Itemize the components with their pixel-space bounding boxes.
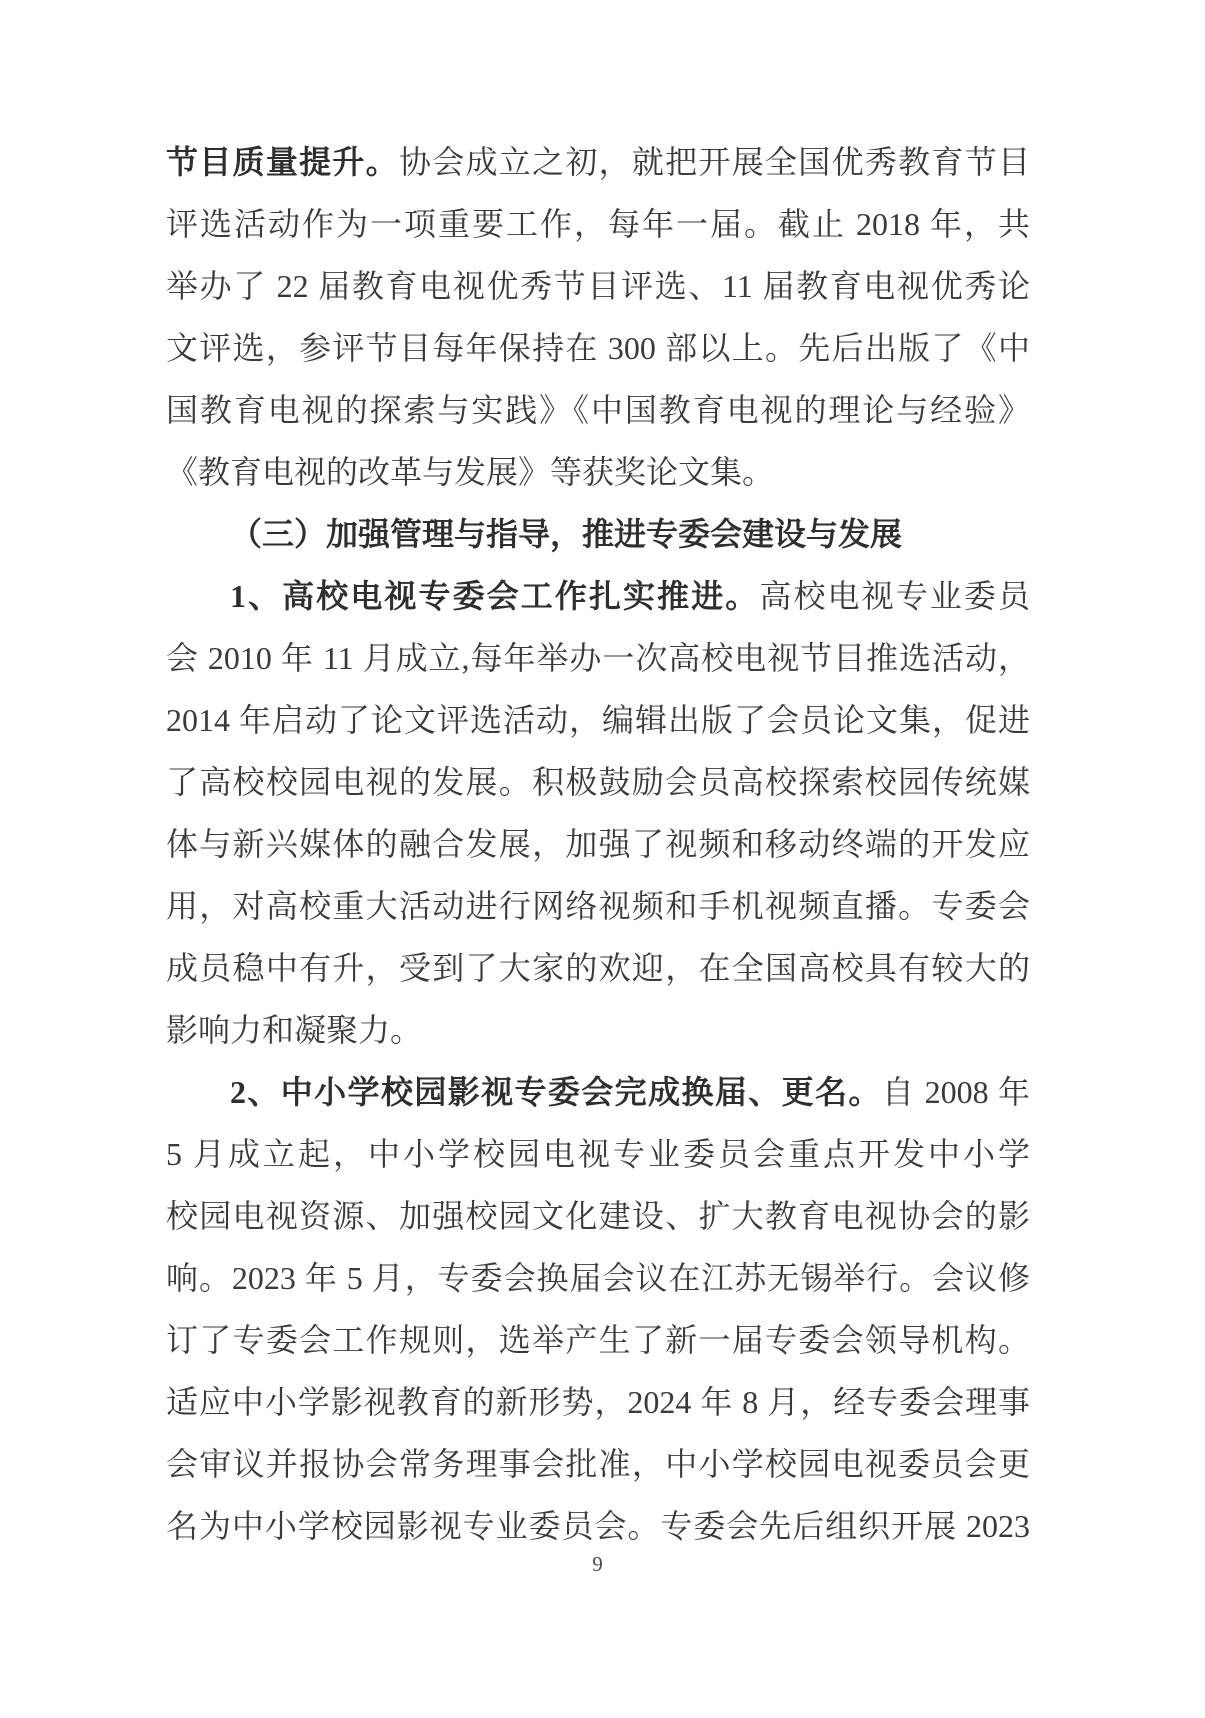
text-segment: 校园电视资源、加强校园文化建设、扩大教育电视协会的影 bbox=[166, 1198, 1030, 1234]
text-line: 评选活动作为一项重要工作，每年一届。截止 2018 年，共 bbox=[166, 193, 1030, 255]
text-line: 体与新兴媒体的融合发展，加强了视频和移动终端的开发应 bbox=[166, 813, 1030, 875]
text-line: 成员稳中有升，受到了大家的欢迎，在全国高校具有较大的 bbox=[166, 937, 1030, 999]
text-segment: 响。2023 年 5 月，专委会换届会议在江苏无锡举行。会议修 bbox=[166, 1260, 1030, 1296]
text-segment: 名为中小学校园影视专业委员会。专委会先后组织开展 2023 bbox=[166, 1508, 1030, 1544]
text-segment-bold: 1、高校电视专委会工作扎实推进。 bbox=[230, 578, 759, 614]
page-footer: 9 bbox=[166, 1552, 1030, 1577]
text-segment: 适应中小学影视教育的新形势，2024 年 8 月，经专委会理事 bbox=[166, 1384, 1030, 1420]
text-line: 2014 年启动了论文评选活动，编辑出版了会员论文集，促进 bbox=[166, 689, 1030, 751]
text-segment: 会审议并报协会常务理事会批准，中小学校园电视委员会更 bbox=[166, 1446, 1030, 1482]
text-segment: 会 2010 年 11 月成立,每年举办一次高校电视节目推选活动， bbox=[166, 640, 1030, 676]
text-line: 校园电视资源、加强校园文化建设、扩大教育电视协会的影 bbox=[166, 1185, 1030, 1247]
text-segment: 用，对高校重大活动进行网络视频和手机视频直播。专委会 bbox=[166, 888, 1030, 924]
text-segment: 评选活动作为一项重要工作，每年一届。截止 2018 年，共 bbox=[166, 206, 1030, 242]
text-segment: 文评选，参评节目每年保持在 300 部以上。先后出版了《中 bbox=[166, 330, 1030, 366]
text-segment: 体与新兴媒体的融合发展，加强了视频和移动终端的开发应 bbox=[166, 826, 1030, 862]
text-segment: 举办了 22 届教育电视优秀节目评选、11 届教育电视优秀论 bbox=[166, 268, 1030, 304]
text-line: 了高校校园电视的发展。积极鼓励会员高校探索校园传统媒 bbox=[166, 751, 1030, 813]
text-line: 影响力和凝聚力。 bbox=[166, 999, 1030, 1061]
text-line: （三）加强管理与指导，推进专委会建设与发展 bbox=[166, 503, 1030, 565]
text-line: 响。2023 年 5 月，专委会换届会议在江苏无锡举行。会议修 bbox=[166, 1247, 1030, 1309]
text-segment: 国教育电视的探索与实践》《中国教育电视的理论与经验》 bbox=[166, 392, 1030, 428]
text-line: 2、中小学校园影视专委会完成换届、更名。自 2008 年 bbox=[166, 1061, 1030, 1123]
text-line: 国教育电视的探索与实践》《中国教育电视的理论与经验》 bbox=[166, 379, 1030, 441]
text-line: 1、高校电视专委会工作扎实推进。高校电视专业委员 bbox=[166, 565, 1030, 627]
text-segment-bold: （三）加强管理与指导，推进专委会建设与发展 bbox=[230, 516, 902, 552]
text-line: 举办了 22 届教育电视优秀节目评选、11 届教育电视优秀论 bbox=[166, 255, 1030, 317]
text-line: 用，对高校重大活动进行网络视频和手机视频直播。专委会 bbox=[166, 875, 1030, 937]
text-segment: 协会成立之初，就把开展全国优秀教育节目 bbox=[399, 144, 1030, 180]
text-line: 会 2010 年 11 月成立,每年举办一次高校电视节目推选活动， bbox=[166, 627, 1030, 689]
text-line: 名为中小学校园影视专业委员会。专委会先后组织开展 2023 bbox=[166, 1495, 1030, 1557]
text-segment: 高校电视专业委员 bbox=[759, 578, 1030, 614]
text-line: 文评选，参评节目每年保持在 300 部以上。先后出版了《中 bbox=[166, 317, 1030, 379]
text-segment: 《教育电视的改革与发展》等获奖论文集。 bbox=[166, 454, 774, 490]
text-segment-bold: 节目质量提升。 bbox=[166, 144, 399, 180]
text-segment: 成员稳中有升，受到了大家的欢迎，在全国高校具有较大的 bbox=[166, 950, 1030, 986]
text-segment: 5 月成立起，中小学校园电视专业委员会重点开发中小学 bbox=[166, 1136, 1030, 1172]
text-segment: 了高校校园电视的发展。积极鼓励会员高校探索校园传统媒 bbox=[166, 764, 1030, 800]
text-segment: 影响力和凝聚力。 bbox=[166, 1012, 422, 1048]
document-body: 节目质量提升。协会成立之初，就把开展全国优秀教育节目评选活动作为一项重要工作，每… bbox=[166, 131, 1030, 1557]
document-page: 节目质量提升。协会成立之初，就把开展全国优秀教育节目评选活动作为一项重要工作，每… bbox=[0, 0, 1205, 1718]
text-line: 5 月成立起，中小学校园电视专业委员会重点开发中小学 bbox=[166, 1123, 1030, 1185]
text-line: 会审议并报协会常务理事会批准，中小学校园电视委员会更 bbox=[166, 1433, 1030, 1495]
text-segment: 2014 年启动了论文评选活动，编辑出版了会员论文集，促进 bbox=[166, 702, 1030, 738]
text-segment-bold: 2、中小学校园影视专委会完成换届、更名。 bbox=[230, 1074, 882, 1110]
text-segment: 订了专委会工作规则，选举产生了新一届专委会领导机构。 bbox=[166, 1322, 1030, 1358]
text-segment: 自 2008 年 bbox=[882, 1074, 1030, 1110]
text-line: 节目质量提升。协会成立之初，就把开展全国优秀教育节目 bbox=[166, 131, 1030, 193]
text-line: 适应中小学影视教育的新形势，2024 年 8 月，经专委会理事 bbox=[166, 1371, 1030, 1433]
text-line: 《教育电视的改革与发展》等获奖论文集。 bbox=[166, 441, 1030, 503]
text-line: 订了专委会工作规则，选举产生了新一届专委会领导机构。 bbox=[166, 1309, 1030, 1371]
page-number: 9 bbox=[592, 1552, 604, 1576]
